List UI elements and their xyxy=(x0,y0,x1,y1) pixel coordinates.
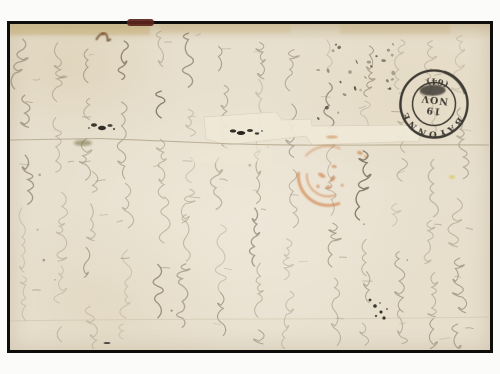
handwriting-layer xyxy=(11,31,473,349)
fold-line-lower xyxy=(10,317,489,321)
aged-top-band xyxy=(10,24,450,35)
photo-of-letter: BAYONNE (64) 19 NOV xyxy=(0,0,500,374)
cds-year-smudge xyxy=(420,85,446,96)
frame-ink-smear xyxy=(127,19,154,26)
photo-frame: BAYONNE (64) 19 NOV xyxy=(7,21,493,353)
letter-art: BAYONNE (64) 19 NOV xyxy=(10,24,489,349)
red-cds xyxy=(293,138,376,211)
dark-specks-layer xyxy=(37,43,434,312)
